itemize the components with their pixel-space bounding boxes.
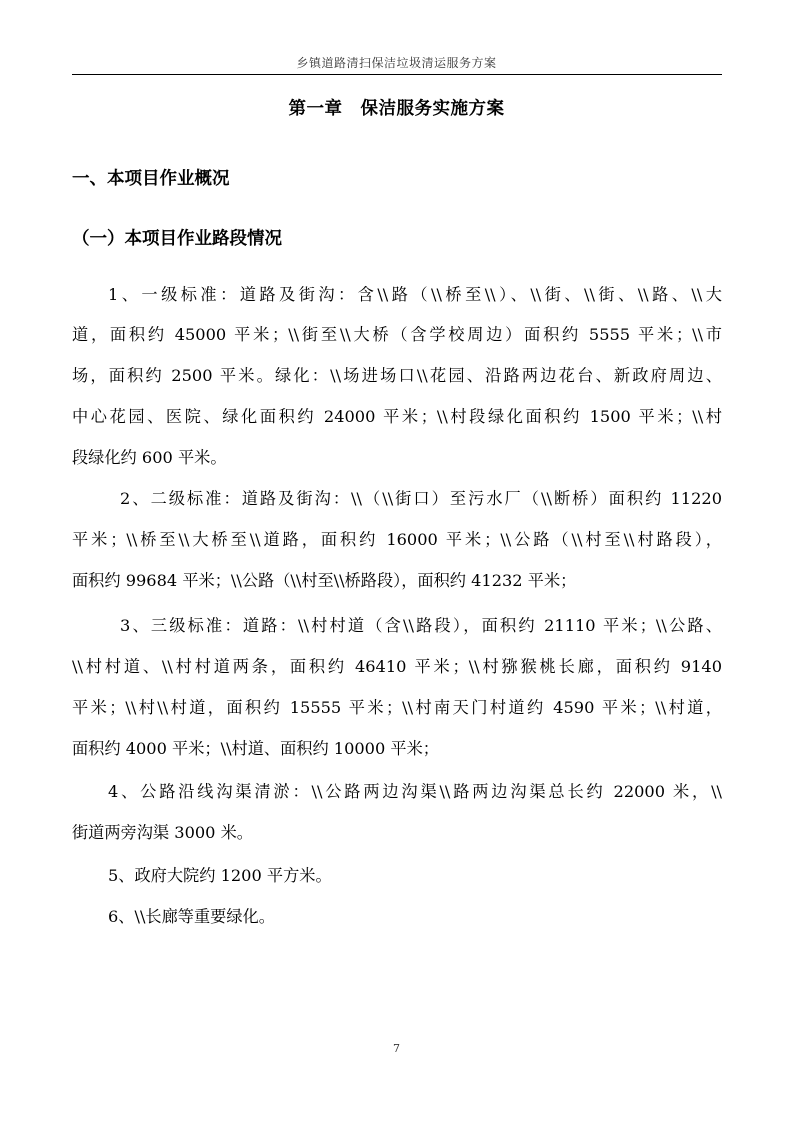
- paragraph-line: 4、公路沿线沟渠清淤：\\公路两边沟渠\\路两边沟渠总长约 22000 米，\\: [108, 780, 722, 804]
- paragraph-line: 面积约 4000 平米；\\村道、面积约 10000 平米；: [72, 737, 722, 761]
- paragraph-line: 6、\\长廊等重要绿化。: [108, 905, 758, 929]
- paragraph-line: \\村村道、\\村村道两条，面积约 46410 平米；\\村猕猴桃长廊，面积约 …: [72, 655, 722, 679]
- page-number: 7: [0, 1042, 793, 1055]
- paragraph-line: 面积约 99684 平米；\\公路（\\村至\\桥路段），面积约 41232 平…: [72, 569, 722, 593]
- running-header: 乡镇道路清扫保洁垃圾清运服务方案: [0, 54, 793, 71]
- paragraph-line: 段绿化约 600 平米。: [72, 446, 722, 470]
- paragraph-line: 5、政府大院约 1200 平方米。: [108, 864, 758, 888]
- paragraph-line: 街道两旁沟渠 3000 米。: [72, 821, 722, 845]
- paragraph-line: 3、三级标准：道路：\\村村道（含\\路段），面积约 21110 平米；\\公路…: [120, 614, 722, 638]
- document-page: 乡镇道路清扫保洁垃圾清运服务方案 第一章 保洁服务实施方案 一、本项目作业概况 …: [0, 0, 793, 1122]
- paragraph-line: 2、二级标准：道路及街沟：\\（\\街口）至污水厂（\\断桥）面积约 11220: [120, 487, 722, 511]
- paragraph-line: 道，面积约 45000 平米；\\街至\\大桥（含学校周边）面积约 5555 平…: [72, 323, 722, 347]
- section-heading: 一、本项目作业概况: [72, 165, 230, 190]
- header-divider: [72, 74, 722, 75]
- paragraph-line: 中心花园、医院、绿化面积约 24000 平米；\\村段绿化面积约 1500 平米…: [72, 405, 722, 429]
- paragraph-line: 场，面积约 2500 平米。绿化：\\场进场口\\花园、沿路两边花台、新政府周边…: [72, 364, 722, 388]
- subsection-heading: （一）本项目作业路段情况: [72, 225, 282, 250]
- chapter-title: 第一章 保洁服务实施方案: [0, 95, 793, 120]
- paragraph-line: 平米；\\桥至\\大桥至\\道路，面积约 16000 平米；\\公路（\\村至\…: [72, 528, 722, 552]
- paragraph-line: 平米；\\村\\村道，面积约 15555 平米；\\村南天门村道约 4590 平…: [72, 696, 722, 720]
- paragraph-line: 1、一级标准：道路及街沟：含\\路（\\桥至\\）、\\街、\\街、\\路、\\…: [108, 283, 722, 307]
